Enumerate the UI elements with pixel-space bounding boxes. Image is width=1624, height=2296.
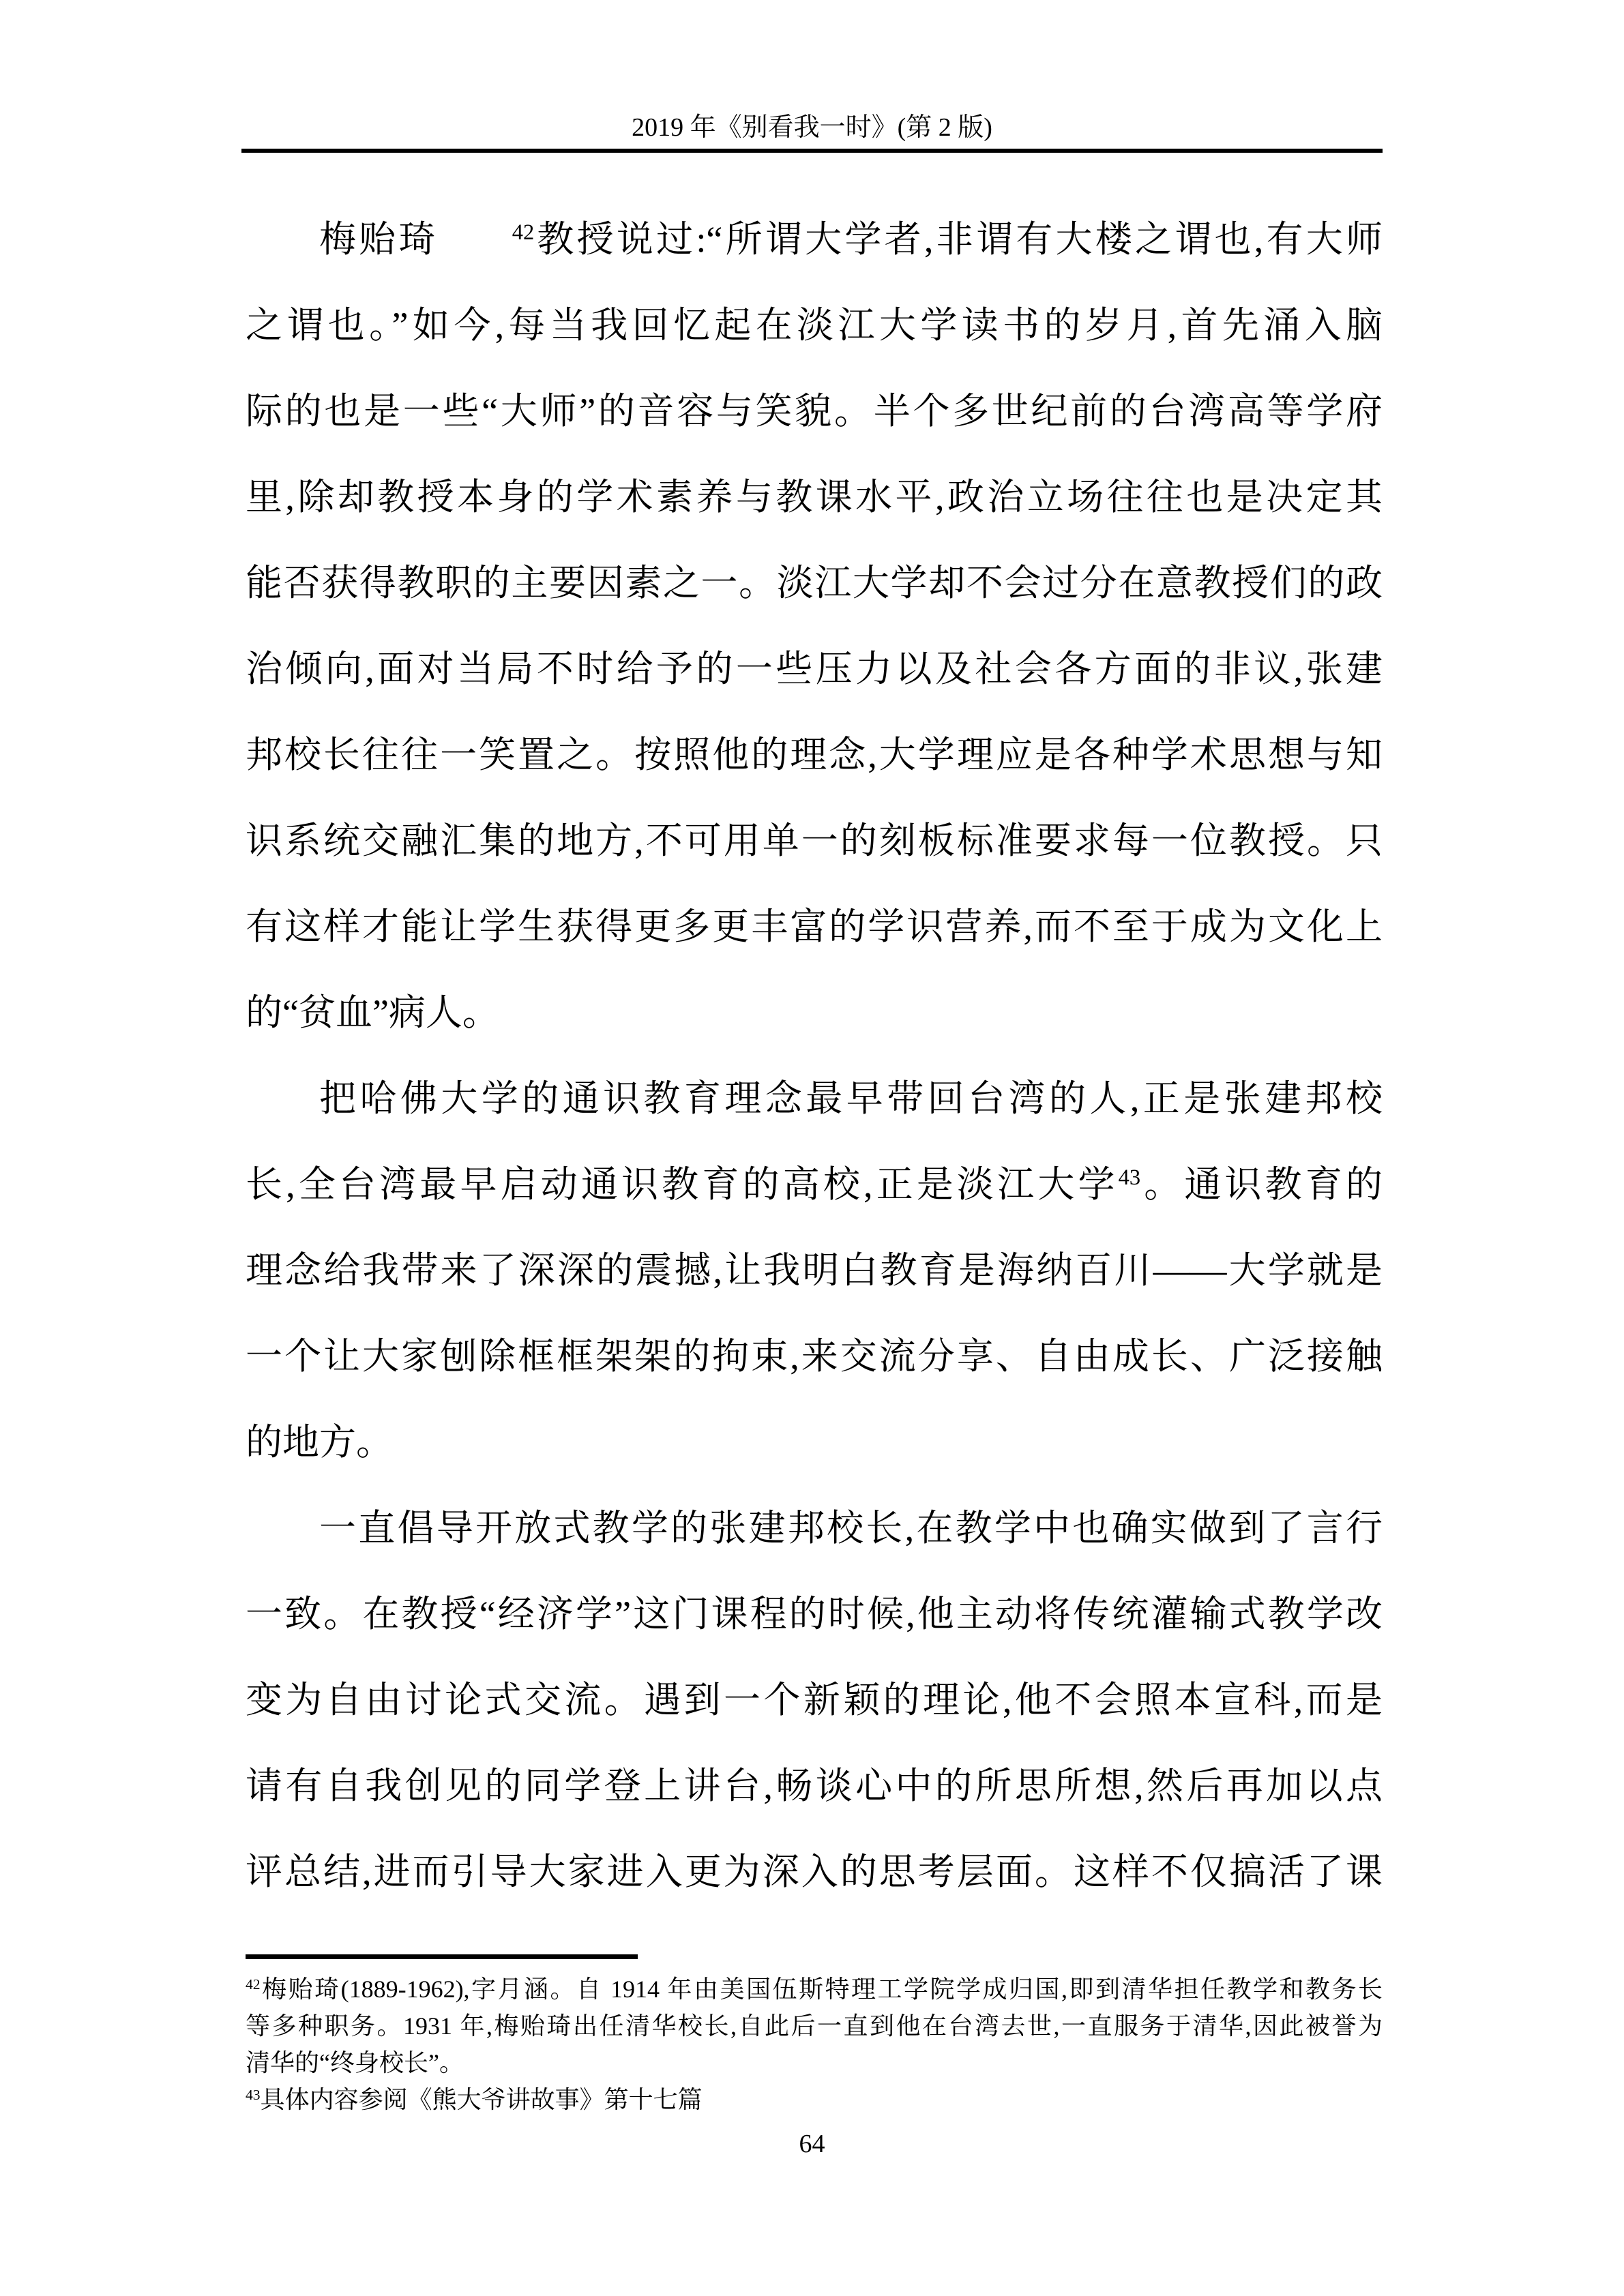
footnote-line: 等多种职务。1931 年,梅贻琦出任清华校长,自此后一直到他在台湾去世,一直服务… — [246, 2008, 1383, 2044]
body-line: 评总结,进而引导大家进入更为深入的思考层面。这样不仅搞活了课 — [246, 1829, 1383, 1915]
text-run: 一个让大家刨除框框架架的拘束,来交流分享、自由成长、广泛接触 — [246, 1336, 1383, 1377]
body-line: 能否获得教职的主要因素之一。淡江大学却不会过分在意教授们的政 — [246, 540, 1383, 626]
page-number: 64 — [0, 2130, 1624, 2159]
header-rule — [241, 149, 1383, 153]
body-line: 有这样才能让学生获得更多更丰富的学识营养,而不至于成为文化上 — [246, 884, 1383, 970]
body-text: 梅贻琦42教授说过:“所谓大学者,非谓有大楼之谓也,有大师之谓也。”如今,每当我… — [246, 196, 1383, 1915]
body-line: 际的也是一些“大师”的音容与笑貌。半个多世纪前的台湾高等学府 — [246, 368, 1383, 454]
text-run: 识系统交融汇集的地方,不可用单一的刻板标准要求每一位教授。只 — [246, 820, 1383, 861]
body-line: 理念给我带来了深深的震撼,让我明白教育是海纳百川——大学就是 — [246, 1227, 1383, 1313]
text-run: 教授说过:“所谓大学者,非谓有大楼之谓也,有大师 — [534, 219, 1383, 260]
body-line: 里,除却教授本身的学术素养与教课水平,政治立场往往也是决定其 — [246, 454, 1383, 540]
footnote-line: 42梅贻琦(1889-1962),字月涵。自 1914 年由美国伍斯特理工学院学… — [246, 1971, 1383, 2008]
body-line: 一个让大家刨除框框架架的拘束,来交流分享、自由成长、广泛接触 — [246, 1313, 1383, 1399]
text-run: 梅贻琦(1889-1962),字月涵。自 1914 年由美国伍斯特理工学院学成归… — [261, 1976, 1383, 2003]
footnote-line: 43具体内容参阅《熊大爷讲故事》第十七篇 — [246, 2081, 1383, 2118]
text-run: 治倾向,面对当局不时给予的一些压力以及社会各方面的非议,张建 — [246, 648, 1383, 689]
text-run: 。通识教育的 — [1140, 1164, 1383, 1205]
body-line: 的“贫血”病人。 — [246, 970, 1383, 1056]
text-run: 之谓也。”如今,每当我回忆起在淡江大学读书的岁月,首先涌入脑 — [246, 305, 1383, 346]
body-line: 邦校长往往一笑置之。按照他的理念,大学理应是各种学术思想与知 — [246, 712, 1383, 798]
text-run: 长,全台湾最早启动通识教育的高校,正是淡江大学 — [246, 1164, 1119, 1205]
body-line: 把哈佛大学的通识教育理念最早带回台湾的人,正是张建邦校 — [246, 1056, 1383, 1142]
body-line: 变为自由讨论式交流。遇到一个新颖的理论,他不会照本宣科,而是 — [246, 1657, 1383, 1743]
body-line: 治倾向,面对当局不时给予的一些压力以及社会各方面的非议,张建 — [246, 626, 1383, 712]
text-run: 具体内容参阅《熊大爷讲故事》第十七篇 — [261, 2086, 703, 2113]
text-run: 际的也是一些“大师”的音容与笑貌。半个多世纪前的台湾高等学府 — [246, 391, 1383, 432]
text-run: 有这样才能让学生获得更多更丰富的学识营养,而不至于成为文化上 — [246, 906, 1383, 947]
footnote-separator — [246, 1954, 638, 1959]
text-run: 一致。在教授“经济学”这门课程的时候,他主动将传统灌输式教学改 — [246, 1594, 1383, 1635]
text-run: 里,除却教授本身的学术素养与教课水平,政治立场往往也是决定其 — [246, 477, 1383, 518]
body-line: 的地方。 — [246, 1399, 1383, 1485]
text-run: 请有自我创见的同学登上讲台,畅谈心中的所思所想,然后再加以点 — [246, 1765, 1383, 1806]
text-run: 梅贻琦 — [319, 219, 439, 260]
text-run: 能否获得教职的主要因素之一。淡江大学却不会过分在意教授们的政 — [246, 563, 1383, 603]
text-run: 等多种职务。1931 年,梅贻琦出任清华校长,自此后一直到他在台湾去世,一直服务… — [246, 2012, 1383, 2040]
body-line: 长,全台湾最早启动通识教育的高校,正是淡江大学43。通识教育的 — [246, 1142, 1383, 1227]
text-run: 变为自由讨论式交流。遇到一个新颖的理论,他不会照本宣科,而是 — [246, 1680, 1383, 1720]
body-line: 识系统交融汇集的地方,不可用单一的刻板标准要求每一位教授。只 — [246, 798, 1383, 884]
body-line: 一致。在教授“经济学”这门课程的时候,他主动将传统灌输式教学改 — [246, 1571, 1383, 1657]
document-page: 2019 年《别看我一时》(第 2 版) 梅贻琦42教授说过:“所谓大学者,非谓… — [0, 0, 1624, 2296]
body-line: 一直倡导开放式教学的张建邦校长,在教学中也确实做到了言行 — [246, 1485, 1383, 1571]
text-run: 评总结,进而引导大家进入更为深入的思考层面。这样不仅搞活了课 — [246, 1851, 1383, 1892]
text-run: 把哈佛大学的通识教育理念最早带回台湾的人,正是张建邦校 — [319, 1078, 1383, 1119]
text-run: 清华的“终身校长”。 — [246, 2049, 464, 2076]
footnotes: 42梅贻琦(1889-1962),字月涵。自 1914 年由美国伍斯特理工学院学… — [246, 1971, 1383, 2118]
body-line: 请有自我创见的同学登上讲台,畅谈心中的所思所想,然后再加以点 — [246, 1743, 1383, 1829]
text-run: 邦校长往往一笑置之。按照他的理念,大学理应是各种学术思想与知 — [246, 734, 1383, 775]
text-run: 的“贫血”病人。 — [246, 992, 499, 1033]
text-run: 一直倡导开放式教学的张建邦校长,在教学中也确实做到了言行 — [319, 1508, 1383, 1549]
text-run: 理念给我带来了深深的震撼,让我明白教育是海纳百川——大学就是 — [246, 1250, 1383, 1291]
text-run: 的地方。 — [246, 1422, 393, 1463]
body-line: 梅贻琦42教授说过:“所谓大学者,非谓有大楼之谓也,有大师 — [246, 196, 1383, 282]
footnote-line: 清华的“终身校长”。 — [246, 2044, 1383, 2081]
body-line: 之谓也。”如今,每当我回忆起在淡江大学读书的岁月,首先涌入脑 — [246, 282, 1383, 368]
page-header-title: 2019 年《别看我一时》(第 2 版) — [0, 113, 1624, 143]
